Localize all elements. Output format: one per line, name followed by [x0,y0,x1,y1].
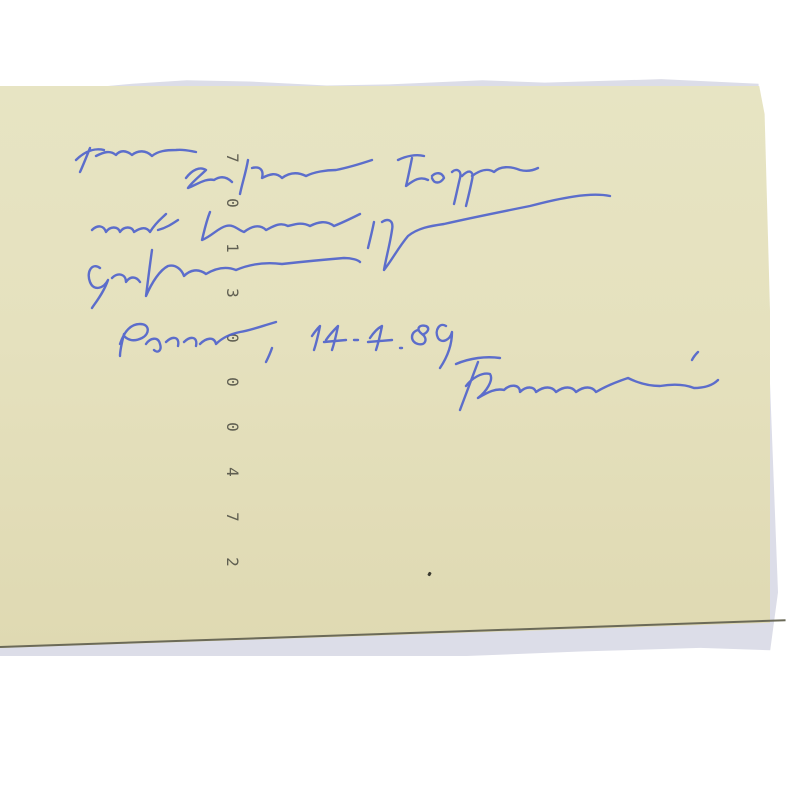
handwriting-strokes [0,0,800,800]
stroke-gruessen [89,250,360,308]
photo-scene: 7 0 1 3 0 0 0 4 7 2 Herrn Christian Isop… [0,0,800,800]
stroke-christian [186,160,372,194]
stroke-date [312,325,452,368]
stroke-signature [456,352,718,410]
stroke-herrn [76,148,196,172]
stroke-isopp [398,155,538,206]
stroke-passau [120,322,276,362]
